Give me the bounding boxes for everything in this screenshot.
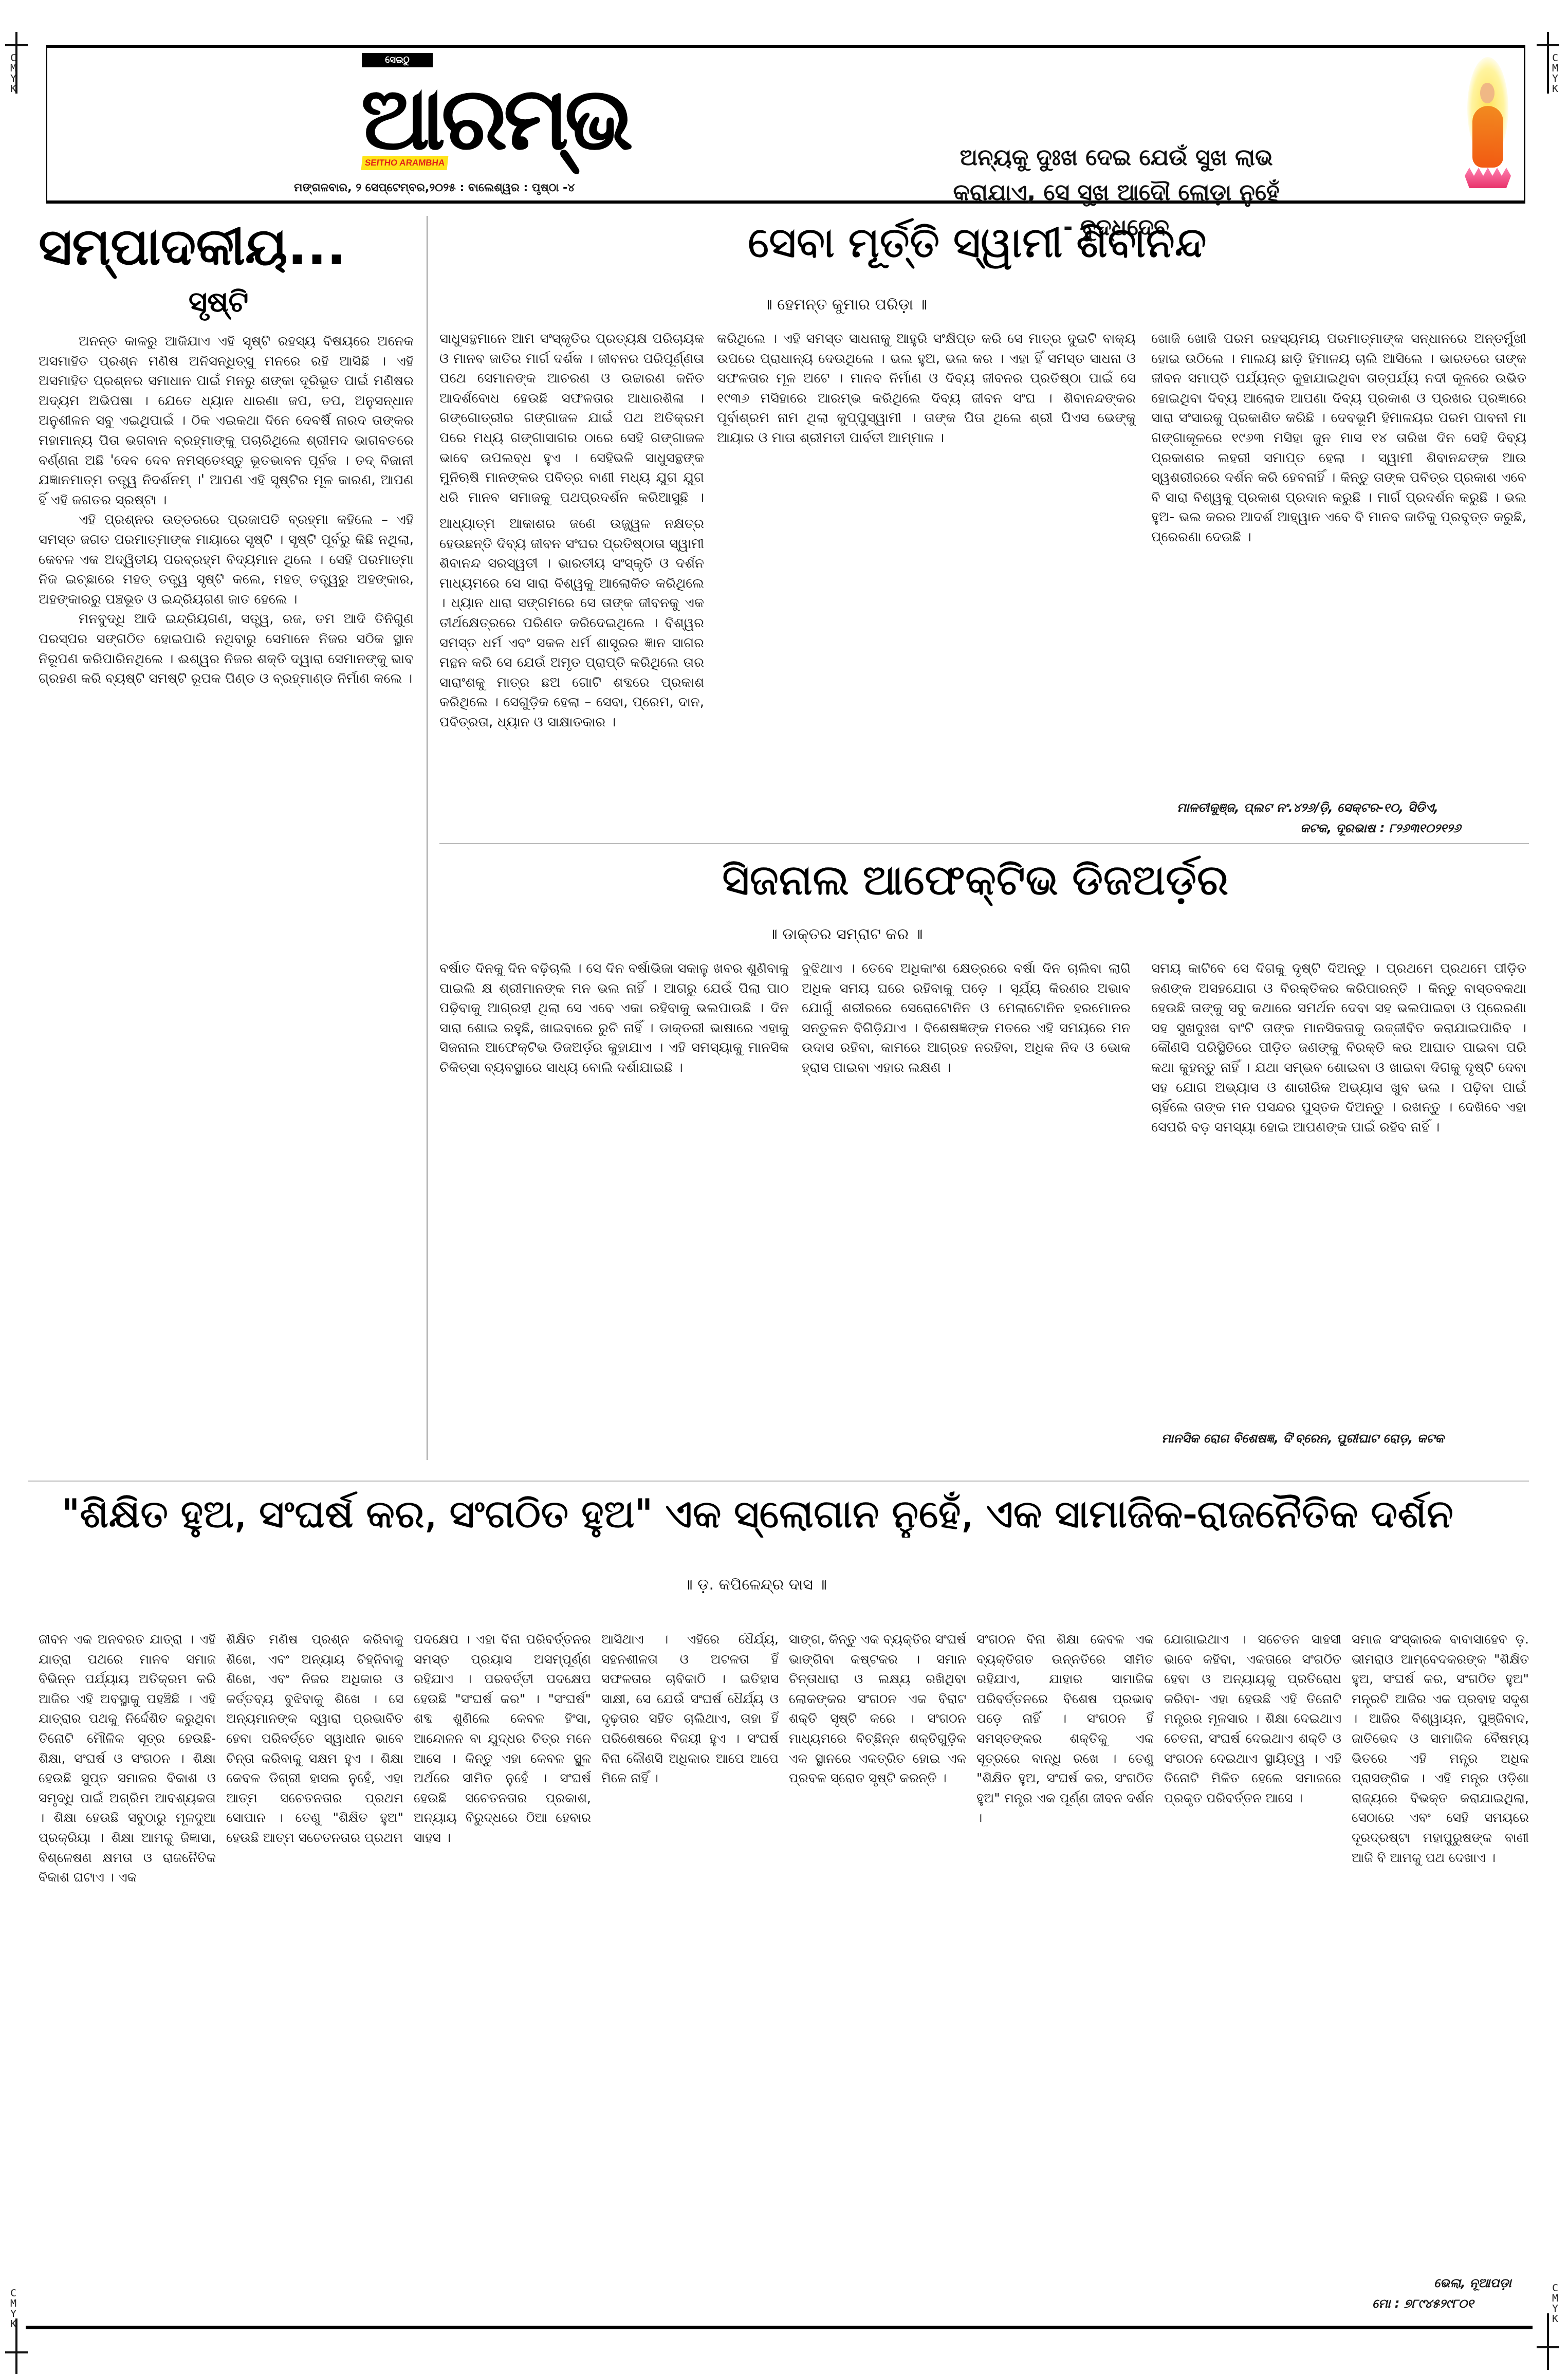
author-address: ମାନସିକ ରୋଗ ବିଶେଷଜ୍ଞ, ଦି'ବ୍ରେନ, ପୁରୀଘାଟ ର… [1161,1429,1444,1448]
article-column-5: ସାଙ୍ଗ, କିନ୍ତୁ ଏକ ବ୍ୟକ୍ତିର ସଂଘର୍ଷ ଭାଙ୍ଗିବ… [789,1630,966,2318]
logo-tagline: SEITHO ARAMBHA [361,156,449,170]
editorial-heading: ସମ୍ପାଦକୀୟ... [39,216,346,278]
author-address-line-1: ମାଳତୀକୁଞ୍ଜ, ପ୍ଲଟ ନଂ.୪୨୬/ଡ଼ି, ସେକ୍ଟର-୧୦, … [1177,798,1438,817]
article-column-4: ଖୋଜି ଖୋଜି ପରମ ରହସ୍ୟମୟ ପରମାତ୍ମାଙ୍କ ସନ୍ଧାନ… [1151,329,1526,792]
editorial-title: ସୃଷ୍ଟି [116,285,321,319]
article-column-3: କରିଥିଲେ । ଏହି ସମସ୍ତ ସାଧନାକୁ ଆହୁରି ସଂକ୍ଷି… [717,329,1136,802]
article-column-1: ସାଧୁସନ୍ଥମାନେ ଆମ ସଂସ୍କୃତିର ପ୍ରତ୍ୟକ୍ଷ ପରିଚ… [439,329,704,509]
logo-block: ସେଇଠୁ ଆରମ୍ଭ SEITHO ARAMBHA [304,48,458,202]
registration-mark-top-right: CMYK [1537,32,1567,94]
section-rule [439,843,1529,844]
quote-line-2: କରାଯାଏ, ସେ ସୁଖ ଆଦୌ ଲୋଡ଼ା ନୁହେଁ [885,175,1348,210]
quote-line-1: ଅନ୍ୟକୁ ଦୁଃଖ ଦେଇ ଯେଉଁ ସୁଖ ଲାଭ [885,140,1348,175]
article-byline: ॥ ହେମନ୍ତ କୁମାର ପରିଡ଼ା ॥ [763,296,927,314]
editorial-body: ଅନନ୍ତ କାଳରୁ ଆଜିଯାଏ ଏହି ସୃଷ୍ଟି ରହସ୍ୟ ବିଷୟ… [39,332,414,1411]
article-column-3: ପଦକ୍ଷେପ । ଏହା ବିନା ପରିବର୍ତ୍ତନର ସମସ୍ତ ପ୍ର… [414,1630,591,2318]
article-column-2: ଆଧ୍ୟାତ୍ମ ଆକାଶର ଜଣେ ଉଜ୍ଜ୍ୱଳ ନକ୍ଷତ୍ର ହେଉଛନ… [439,514,704,802]
article-column-1: ବର୍ଷାତ ଦିନକୁ ଦିନ ବଢ଼ିଚାଲି । ସେ ଦିନ ବର୍ଷା… [439,959,789,1473]
logo-kicker: ସେଇଠୁ [362,53,433,67]
registration-mark-bottom-right: CMYK [1537,2282,1567,2344]
article-column-1: ଜୀବନ ଏକ ଅନବରତ ଯାତ୍ରା । ଏହି ଯାତ୍ରା ପଥରେ ମ… [39,1630,216,2318]
article-column-6: ସଂଗଠନ ବିନା ଶିକ୍ଷା କେବଳ ଏକ ବ୍ୟକ୍ତିଗତ ଉନ୍ନ… [976,1630,1154,2318]
article-column-7: ଯୋଗାଇଥାଏ । ସଚେତନ ସାହସୀ ଭାବେ କହିବା, ଏକତାର… [1164,1630,1341,2318]
author-address-line-1: ଭେଲା, ନୂଆପଡ଼ା [1434,2274,1511,2292]
article-title: ସେବା ମୂର୍ତ୍ତି ସ୍ୱାମୀ ଶିବାନନ୍ଦ [748,218,1207,268]
article-title: ସିଜନାଲ ଆଫେକ୍ଟିଭ ଡିଜଅର୍ଡ଼ର [722,856,1229,905]
dateline: ମଙ୍ଗଳବାର, ୨ ସେପ୍ଟେମ୍ବର,୨୦୨୫ : ବାଲେଶ୍ୱର :… [294,181,808,194]
article-byline: ॥ ଡ଼. କପିଳେନ୍ଦ୍ର ଦାସ ॥ [684,1576,827,1594]
buddha-image [1465,57,1511,196]
article-title: "ଶିକ୍ଷିତ ହୁଅ, ସଂଘର୍ଷ କର, ସଂଗଠିତ ହୁଅ" ଏକ … [62,1491,1526,1538]
author-phone: ମୋ : ୭୮୯୪୫୨୯୮୦୧ [1372,2294,1474,2313]
registration-mark-top-left: CMYK [5,32,36,94]
article-column-4: ଆସିଥାଏ । ଏହିରେ ଧୈର୍ଯ୍ୟ, ସହନଶୀଳତା ଓ ଅଟଳତା… [601,1630,779,2318]
article-column-3: ସମୟ କାଟିବେ ସେ ଦିଗକୁ ଦୃଷ୍ଟି ଦିଅନ୍ତୁ । ପ୍ର… [1151,959,1526,1406]
article-byline: ॥ ଡାକ୍ତର ସମ୍ରାଟ କର ॥ [768,925,923,943]
author-address-line-2: କଟକ, ଦୂରଭାଷ : ୮୨୬୩୧୦୨୧୨୬ [1300,819,1461,837]
registration-mark-bottom-left: CMYK [5,2288,36,2349]
article-column-2: ବୁଝିଥାଏ । ତେବେ ଅଧିକାଂଶ କ୍ଷେତ୍ରରେ ବର୍ଷା ଦ… [802,959,1131,1452]
column-divider [427,216,428,1460]
article-column-2: ଶିକ୍ଷିତ ମଣିଷ ପ୍ରଶ୍ନ କରିବାକୁ ଶିଖେ, ଏବଂ ଅନ… [226,1630,403,2318]
article-column-8: ସମାଜ ସଂସ୍କାରକ ବାବାସାହେବ ଡ଼. ଭୀମରାଓ ଆମ୍ବେ… [1352,1630,1529,2262]
section-rule [28,1481,1529,1482]
masthead: ସେଇଠୁ ଆରମ୍ଭ SEITHO ARAMBHA ମଙ୍ଗଳବାର, ୨ ସ… [46,45,1525,204]
bottom-rule [26,2326,1533,2329]
